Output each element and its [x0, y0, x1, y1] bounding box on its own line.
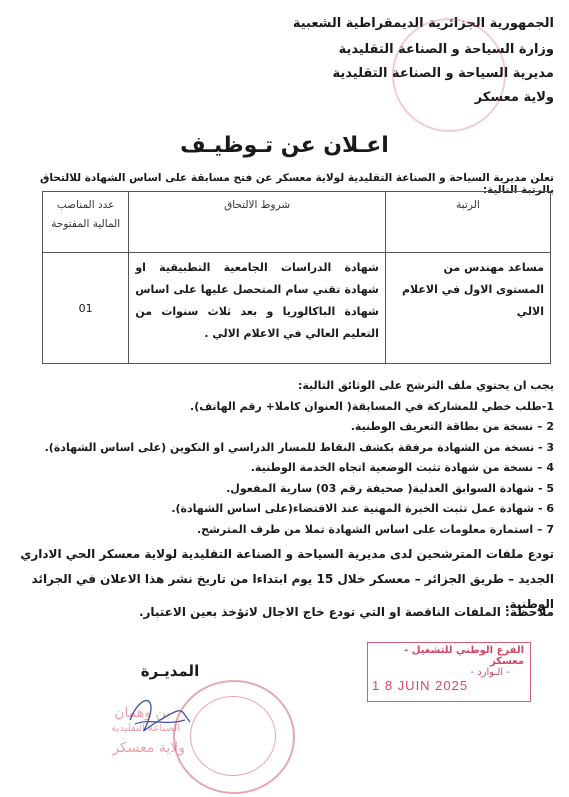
reception-stamp-line2: - الـوارد - — [368, 667, 530, 678]
documents-heading: يجب ان يحتوي ملف الترشح على الوثائق التا… — [14, 376, 554, 397]
signature-stamp-line3: ولاية معسكر — [75, 740, 185, 756]
reception-stamp: الفرع الوطني للتشغيل - معسكر - الـوارد -… — [367, 642, 531, 702]
page-title: اعـلان عن تـوظيـف — [0, 133, 569, 158]
table-header-row: الرتبة شروط الالتحاق عدد المناصب المالية… — [43, 192, 551, 253]
document-item: 4 – نسخة من شهادة تثبت الوضعية اتجاه الخ… — [14, 458, 554, 479]
header-rank: الرتبة — [385, 192, 550, 253]
table-row: مساعد مهندس من المستوى الاول في الاعلام … — [43, 253, 551, 364]
document-item: 3 - نسخة من الشهادة مرفقة بكشف النقاط لل… — [14, 438, 554, 459]
document-item: 5 - شهادة السوابق العدلية( صحيفة رقم 03)… — [14, 479, 554, 500]
document-item: 7 – استمارة معلومات على اساس الشهادة تمل… — [14, 520, 554, 541]
document-item: 1-طلب خطي للمشاركة في المسابقة( العنوان … — [14, 397, 554, 418]
reception-stamp-line1: الفرع الوطني للتشغيل - معسكر — [368, 643, 530, 667]
positions-table: الرتبة شروط الالتحاق عدد المناصب المالية… — [42, 191, 551, 364]
signature-title: المديـرة — [120, 662, 220, 680]
official-round-stamp-inner — [190, 696, 276, 776]
document-item: 6 - شهادة عمل تثبت الخبرة المهنية عند ال… — [14, 499, 554, 520]
row-rank: مساعد مهندس من المستوى الاول في الاعلام … — [385, 253, 550, 364]
header-conditions: شروط الالتحاق — [129, 192, 386, 253]
documents-section: يجب ان يحتوي ملف الترشح على الوثائق التا… — [14, 376, 554, 540]
note-text: ملاحظة: الملفات الناقصة او التي تودع خاج… — [14, 600, 554, 625]
republic-header: الجمهورية الجزائرية الديمقراطية الشعبية — [134, 14, 554, 34]
reception-stamp-date: 1 8 JUIN 2025 — [368, 678, 530, 693]
header-positions: عدد المناصب المالية المفتوحة — [43, 192, 129, 253]
row-conditions: شهادة الدراسات الجامعية التطبيقية او شها… — [129, 253, 386, 364]
official-round-stamp-top — [392, 18, 506, 132]
document-item: 2 – نسخة من بطاقة التعريف الوطنية. — [14, 417, 554, 438]
row-positions: 01 — [43, 253, 129, 364]
